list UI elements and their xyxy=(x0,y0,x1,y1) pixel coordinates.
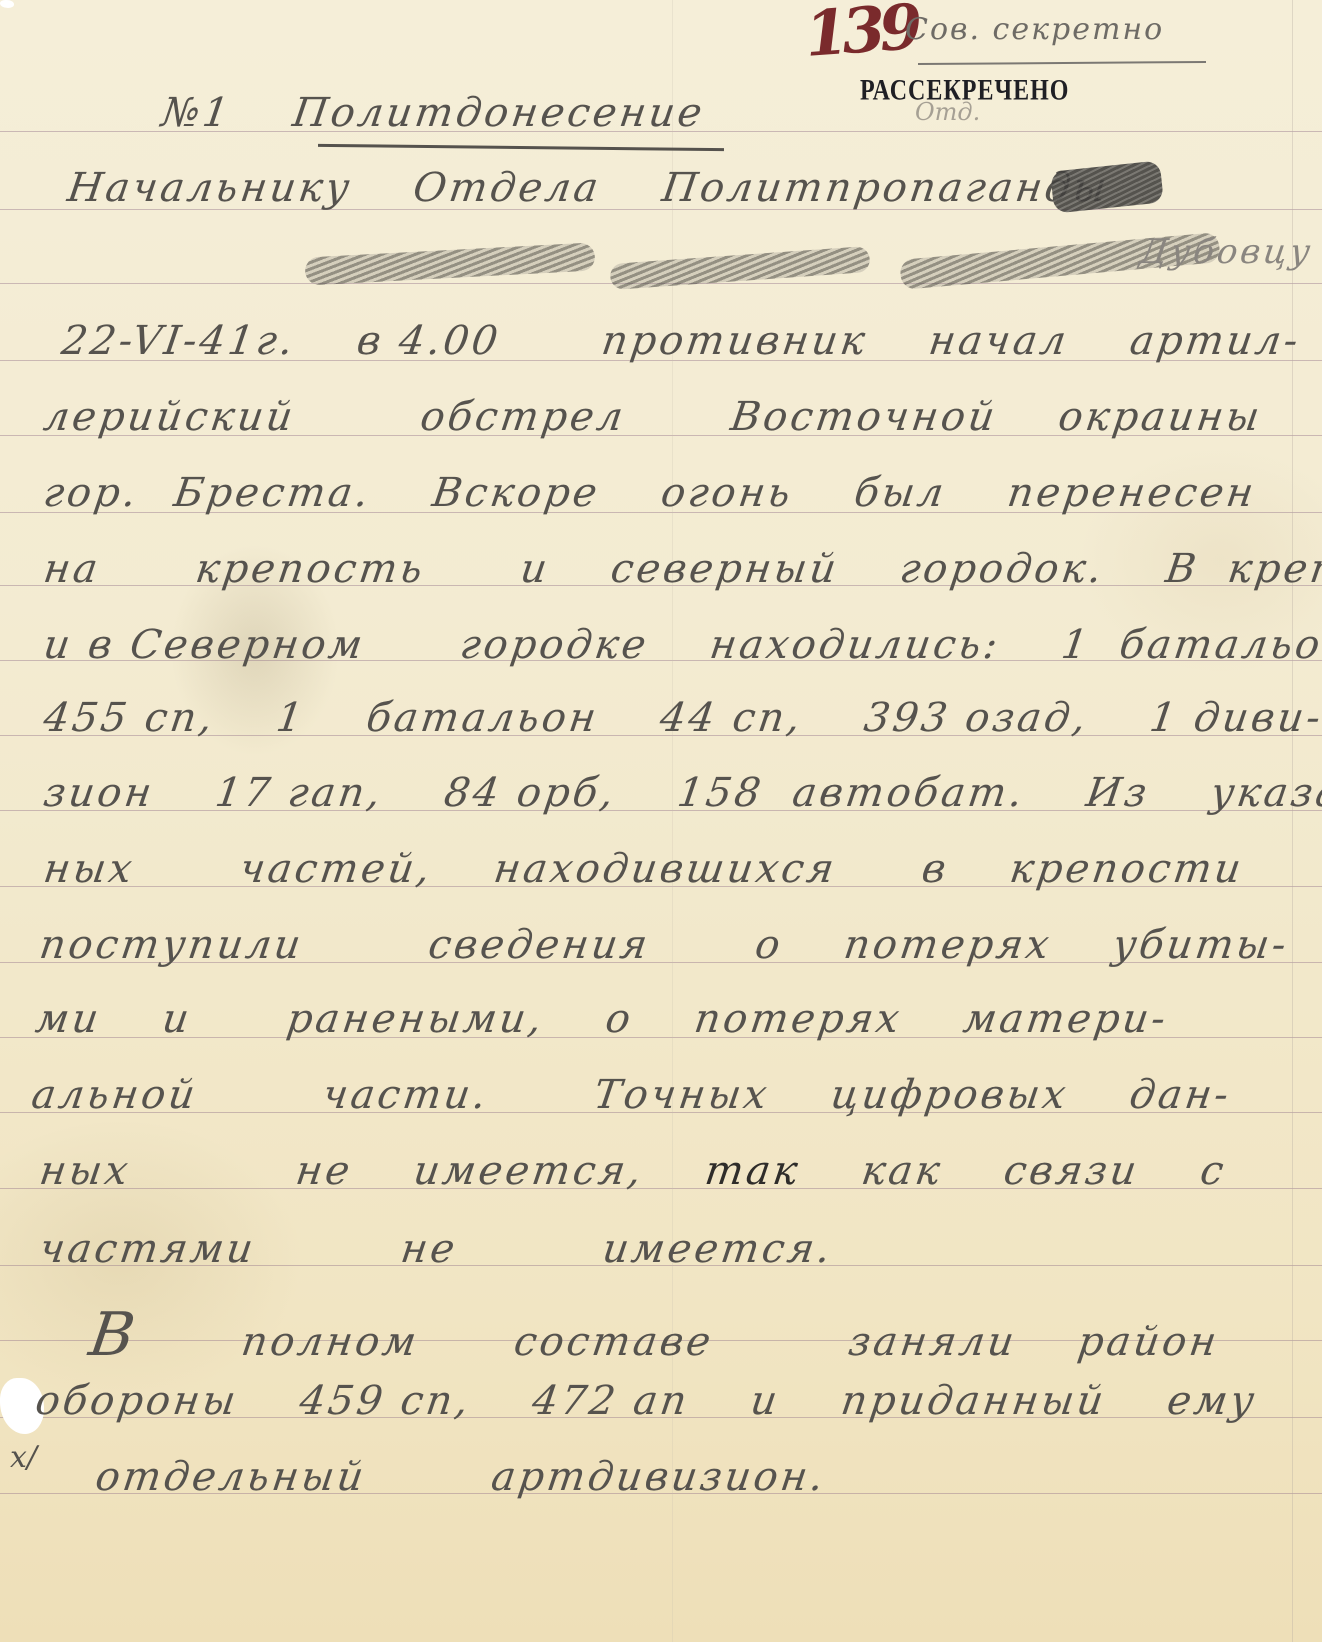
word: потерях xyxy=(691,996,905,1042)
word: крепости xyxy=(1225,546,1322,592)
word: 1 диви- xyxy=(1147,695,1322,741)
word: 455 сп, xyxy=(41,695,218,741)
word: в 4.00 xyxy=(354,318,504,364)
word: цифровых xyxy=(828,1072,1072,1118)
body-line-2: лерийский обстрел Восточной окраины xyxy=(41,394,1311,440)
word: батальон xyxy=(364,695,602,741)
word: 393 озад, xyxy=(861,695,1091,741)
word: батальон xyxy=(1117,622,1322,668)
body-line-12: ных не имеется, так как связи с xyxy=(37,1148,1276,1194)
word: крепости xyxy=(1007,846,1247,892)
word: Бреста. xyxy=(171,470,374,516)
word: ми xyxy=(33,996,104,1042)
word: отдельный xyxy=(93,1454,369,1500)
word: артил- xyxy=(1127,318,1304,364)
word: имеется, xyxy=(411,1148,647,1194)
doc-number: №1 xyxy=(159,90,235,136)
word: приданный xyxy=(838,1378,1109,1424)
word: 1 xyxy=(1059,622,1094,668)
word: указан- xyxy=(1208,770,1322,816)
word: противник xyxy=(599,318,871,364)
classification-note: Сов. секретно xyxy=(905,12,1164,47)
word: лерийский xyxy=(41,394,299,440)
word: Точных xyxy=(591,1072,773,1118)
body-line-5: и в Северном городке находились: 1 батал… xyxy=(41,622,1322,668)
address-word: Политпропаганды xyxy=(659,165,1112,211)
word: автобат. xyxy=(790,770,1029,816)
word: окраины xyxy=(1056,394,1266,440)
word: был xyxy=(851,470,949,516)
body-line-15: обороны 459 сп, 472 ап и приданный ему xyxy=(33,1378,1306,1424)
word: Из xyxy=(1083,770,1152,816)
body-line-9: поступили сведения о потерях убиты- xyxy=(37,922,1322,968)
word: В xyxy=(1163,546,1202,592)
word: частей, xyxy=(237,846,436,892)
word: составе xyxy=(511,1319,716,1365)
word: Вскоре xyxy=(429,470,603,516)
word: и xyxy=(748,1378,783,1424)
folio-number: 139 xyxy=(803,0,919,71)
word: частями xyxy=(37,1226,259,1272)
word: находились: xyxy=(707,622,1003,668)
word: полном xyxy=(239,1319,422,1365)
word: 459 сп, xyxy=(297,1378,474,1424)
word: сведения xyxy=(426,922,653,968)
word: 17 гап, xyxy=(213,770,387,816)
word: убиты- xyxy=(1110,922,1292,968)
address-line-1: Начальнику Отдела Политпропаганды xyxy=(65,165,1158,211)
body-line-3: гор. Бреста. Вскоре огонь был перенесен xyxy=(41,470,1305,516)
word: и в Северном xyxy=(41,622,368,668)
declassified-stamp: РАССЕКРЕЧЕНО xyxy=(860,75,1069,109)
word: в xyxy=(919,846,952,892)
word: В xyxy=(85,1300,142,1370)
word: северный xyxy=(608,546,842,592)
word: и xyxy=(159,996,194,1042)
word: не xyxy=(398,1226,460,1272)
word: находившихся xyxy=(491,846,840,892)
doc-title-row: №1 Политдонесение xyxy=(159,90,754,136)
word: альной xyxy=(29,1072,201,1118)
word: Восточной xyxy=(728,394,1000,440)
address-surname: Дубовцу xyxy=(1137,232,1315,272)
word: перенесен xyxy=(1005,470,1260,516)
word: ему xyxy=(1164,1378,1260,1424)
word: не xyxy=(293,1148,355,1194)
word: 84 орб, xyxy=(441,770,619,816)
word: район xyxy=(1075,1319,1222,1365)
classification-underline xyxy=(918,61,1206,65)
body-line-4: на крепость и северный городок. В крепос… xyxy=(41,546,1322,592)
body-line-6: 455 сп, 1 батальон 44 сп, 393 озад, 1 ди… xyxy=(41,695,1322,741)
word: о xyxy=(603,996,637,1042)
body-line-10: ми и ранеными, о потерях матери- xyxy=(33,996,1217,1042)
word: ранеными, xyxy=(284,996,548,1042)
word: о xyxy=(752,922,786,968)
word: крепость xyxy=(193,546,429,592)
word: гор. xyxy=(41,470,142,516)
margin-mark: х/ xyxy=(10,1440,37,1475)
document-page: 139 Сов. секретно Отд. РАССЕКРЕЧЕНО №1 П… xyxy=(0,0,1322,1642)
word: огонь xyxy=(658,470,796,516)
word: части. xyxy=(320,1072,492,1118)
body-line-14: В полном составе заняли район xyxy=(85,1300,1271,1370)
body-line-11: альной части. Точных цифровых дан- xyxy=(29,1072,1280,1118)
word: 22-VI-41г. xyxy=(59,318,299,364)
body-line-7: зион 17 гап, 84 орб, 158 автобат. Из ука… xyxy=(41,770,1322,816)
word: 44 сп, xyxy=(657,695,806,741)
body-line-8: ных частей, находившихся в крепости xyxy=(41,846,1293,892)
word: обороны xyxy=(33,1378,242,1424)
redaction-scribble xyxy=(304,242,595,285)
word: начал xyxy=(926,318,1072,364)
body-line-16: отдельный артдивизион. xyxy=(93,1454,875,1500)
word: зион xyxy=(41,770,157,816)
title-underline xyxy=(318,144,724,151)
word: 158 xyxy=(675,770,767,816)
word: городок. xyxy=(897,546,1107,592)
word: связи xyxy=(1001,1148,1142,1194)
word: ных xyxy=(41,846,138,892)
word: на xyxy=(41,546,104,592)
word: 472 ап xyxy=(529,1378,692,1424)
word: так xyxy=(702,1148,803,1194)
word: с xyxy=(1197,1148,1229,1194)
word: городке xyxy=(457,622,651,668)
word: поступили xyxy=(37,922,307,968)
body-line-13: частями не имеется. xyxy=(37,1226,882,1272)
word: обстрел xyxy=(418,394,629,440)
address-word: Отдела xyxy=(410,165,604,211)
address-word: Начальнику xyxy=(65,165,355,211)
word: матери- xyxy=(960,996,1171,1042)
body-line-1: 22-VI-41г. в 4.00 противник начал артил- xyxy=(59,318,1322,364)
word: 1 xyxy=(273,695,308,741)
word: дан- xyxy=(1127,1072,1235,1118)
word: артдивизион. xyxy=(488,1454,829,1500)
word: заняли xyxy=(846,1319,1020,1365)
doc-title: Политдонесение xyxy=(290,90,708,136)
word: потерях xyxy=(841,922,1055,968)
word: как xyxy=(859,1148,946,1194)
word: и xyxy=(518,546,553,592)
torn-edge xyxy=(0,0,14,8)
word: ных xyxy=(37,1148,134,1194)
word: имеется. xyxy=(600,1226,836,1272)
